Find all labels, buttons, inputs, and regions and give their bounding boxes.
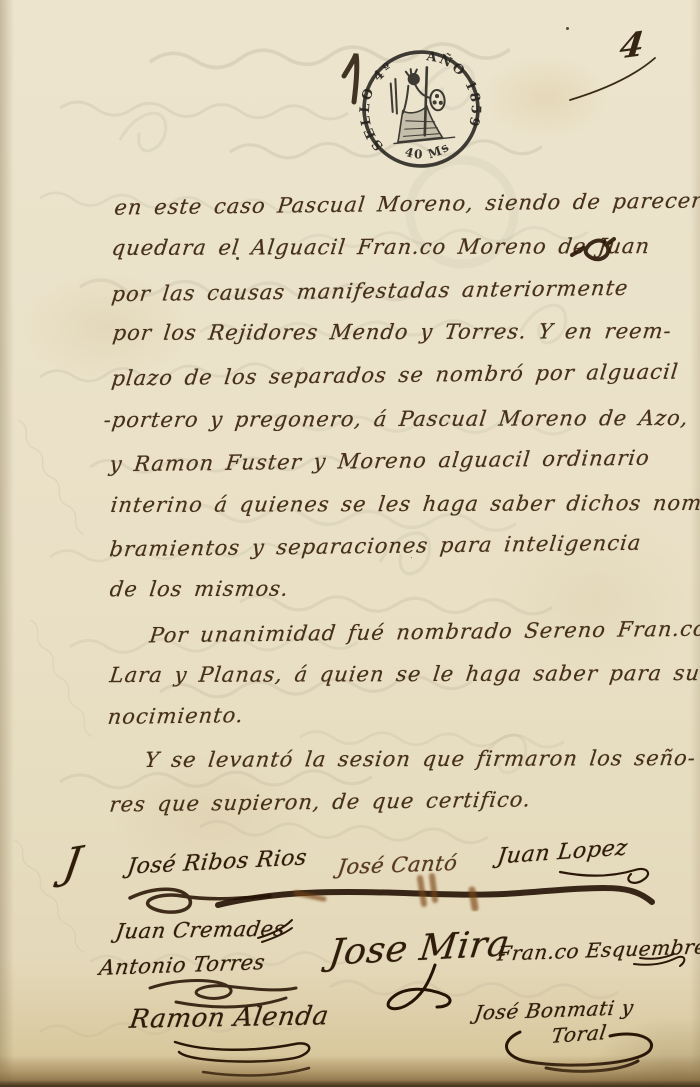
signature-torres: Antonio Torres (98, 950, 267, 980)
svg-text:40 Ms: 40 Ms (402, 139, 454, 164)
signature-alenda: Ramon Alenda (128, 1001, 331, 1034)
manuscript-line: y Ramon Fuster y Moreno alguacil ordinar… (108, 446, 651, 477)
signature-rios: José Ribos Rios (126, 845, 309, 879)
signature-esquembre: Fran.co Esquembre (496, 934, 700, 965)
manuscript-line: interino á quienes se les haga saber dic… (109, 491, 700, 517)
rubric-lopez (560, 869, 648, 883)
manuscript-line: res que supieron, de que certifico. (108, 787, 532, 816)
rubric-rios (130, 889, 270, 912)
page-number-flourish (570, 58, 655, 100)
manuscript-line: plazo de los separados se nombró por alg… (110, 360, 680, 391)
manuscript-line: por los Rejidores Mendo y Torres. Y en r… (111, 319, 673, 345)
page-number: 4 (618, 25, 647, 68)
seal-seated-figure-icon (386, 65, 454, 143)
signature-lopez: Juan Lopez (496, 836, 629, 870)
manuscript-line: Lara y Planas, á quien se le haga saber … (108, 661, 700, 687)
manuscript-line: en este caso Pascual Moreno, siendo de p… (113, 188, 700, 219)
manuscript-line: quedara el Alguacil Fran.co Moreno de Ju… (110, 234, 651, 260)
manuscript-line: Y se levantó la sesion que firmaron los … (143, 746, 697, 772)
svg-text:SELLO 4º: SELLO 4º (352, 59, 404, 155)
seal-text-left: SELLO 4º (352, 59, 404, 155)
signature-initial-flourish: J (60, 837, 85, 888)
signature-bonmati-line1: José Bonmati y (473, 995, 635, 1025)
svg-text:AÑO 1859.: AÑO 1859. (352, 42, 485, 143)
revenue-stamp-seal: SELLO 4º AÑO 1859. 40 Ms (352, 42, 490, 177)
ink-smudges (296, 876, 475, 908)
seal-outer-ring (358, 46, 483, 171)
signature-canto: José Cantó (336, 851, 459, 879)
manuscript-page: SELLO 4º AÑO 1859. 40 Ms 4 en este caso … (0, 0, 700, 1087)
manuscript-line: por las causas manifestadas anteriorment… (110, 276, 630, 306)
manuscript-line: nocimiento. (107, 703, 245, 729)
ink-mark-left-of-seal (344, 54, 357, 102)
seal-text-right: AÑO 1859. (352, 42, 485, 143)
signature-cremades: Juan Cremades (114, 917, 287, 944)
signature-mira: Jose Mira (327, 923, 512, 973)
manuscript-line: Por unanimidad fué nombrado Sereno Fran.… (148, 617, 700, 648)
manuscript-line: de los mismos. (109, 577, 291, 602)
page-bottom-edge (0, 1057, 700, 1087)
large-ink-stroke (218, 888, 652, 905)
manuscript-line: bramientos y separaciones para inteligen… (108, 531, 642, 561)
seal-text-denomination: 40 Ms (402, 139, 454, 164)
signature-bonmati-line2: Toral (550, 1020, 608, 1048)
rubric-mira (388, 965, 450, 1009)
manuscript-line: -portero y pregonero, á Pascual Moreno d… (102, 406, 690, 432)
paper-speck (566, 27, 569, 30)
